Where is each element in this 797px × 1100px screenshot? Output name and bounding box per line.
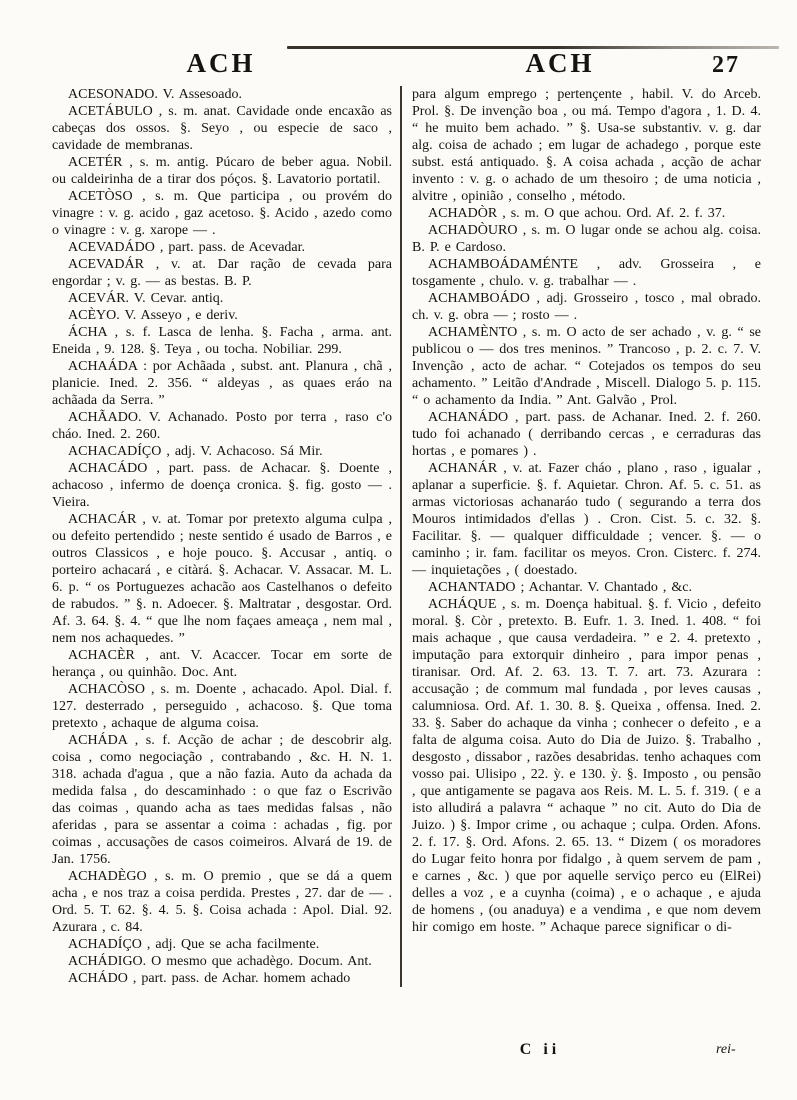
dictionary-entry: ACETÉR , s. m. antig. Púcaro de beber ag… xyxy=(52,154,392,188)
dictionary-entry: ACHÁQUE , s. m. Doença habitual. §. f. V… xyxy=(412,596,761,936)
dictionary-entry: ACESONADO. V. Assesoado. xyxy=(52,86,392,103)
dictionary-entry: ACHÃADO. V. Achanado. Posto por terra , … xyxy=(52,409,392,443)
column-right: para algum emprego ; pertençente , habil… xyxy=(400,86,761,987)
dictionary-entry: ACHADÈGO , s. m. O premio , que se dá a … xyxy=(52,868,392,936)
dictionary-entry: ACHACÈR , ant. V. Acaccer. Tocar em sort… xyxy=(52,647,392,681)
dictionary-entry: ACHANÁDO , part. pass. de Achanar. Ined.… xyxy=(412,409,761,460)
dictionary-entry: ACHACÁDO , part. pass. de Achacar. §. Do… xyxy=(52,460,392,511)
text-columns: ACESONADO. V. Assesoado.ACETÁBULO , s. m… xyxy=(52,86,761,987)
dictionary-entry: ACHAMBOÁDAMÉNTE , adv. Grosseira , e tos… xyxy=(412,256,761,290)
dictionary-entry: ACÈYO. V. Asseyo , e deriv. xyxy=(52,307,392,324)
running-head-right: ACH xyxy=(470,48,650,79)
dictionary-entry: ACHADÒURO , s. m. O lugar onde se achou … xyxy=(412,222,761,256)
dictionary-entry: ACEVADÁDO , part. pass. de Acevadar. xyxy=(52,239,392,256)
dictionary-entry: ACHAÁDA : por Achãada , subst. ant. Plan… xyxy=(52,358,392,409)
dictionary-entry: ACEVÁR. V. Cevar. antiq. xyxy=(52,290,392,307)
dictionary-entry: ACHÁDA , s. f. Acção de achar ; de desco… xyxy=(52,732,392,868)
dictionary-entry: ACHANTADO ; Achantar. V. Chantado , &c. xyxy=(412,579,761,596)
catchword: rei- xyxy=(716,1042,736,1058)
dictionary-entry: ACHAMÈNTO , s. m. O acto de ser achado ,… xyxy=(412,324,761,409)
dictionary-entry: ACETÒSO , s. m. Que participa , ou prové… xyxy=(52,188,392,239)
dictionary-entry: ACHAMBOÁDO , adj. Grosseiro , tosco , ma… xyxy=(412,290,761,324)
dictionary-entry: ACHÁDIGO. O mesmo que achadègo. Docum. A… xyxy=(52,953,392,970)
page-number: 27 xyxy=(712,52,740,79)
running-head-left: ACH xyxy=(52,48,390,79)
dictionary-entry: para algum emprego ; pertençente , habil… xyxy=(412,86,761,205)
dictionary-entry: ACHÁDO , part. pass. de Achar. homem ach… xyxy=(52,970,392,987)
dictionary-entry: ACHADÒR , s. m. O que achou. Ord. Af. 2.… xyxy=(412,205,761,222)
dictionary-entry: ACHADÍÇO , adj. Que se acha facilmente. xyxy=(52,936,392,953)
signature-mark: C ii xyxy=(430,1041,650,1059)
column-left: ACESONADO. V. Assesoado.ACETÁBULO , s. m… xyxy=(52,86,400,987)
dictionary-entry: ÁCHA , s. f. Lasca de lenha. §. Facha , … xyxy=(52,324,392,358)
dictionary-entry: ACEVADÁR , v. at. Dar ração de cevada pa… xyxy=(52,256,392,290)
dictionary-entry: ACHACADÍÇO , adj. V. Achacoso. Sá Mir. xyxy=(52,443,392,460)
dictionary-entry: ACHANÁR , v. at. Fazer cháo , plano , ra… xyxy=(412,460,761,579)
dictionary-page-scan: ACH ACH 27 ACESONADO. V. Assesoado.ACETÁ… xyxy=(0,0,797,1100)
dictionary-entry: ACHACÒSO , s. m. Doente , achacado. Apol… xyxy=(52,681,392,732)
dictionary-entry: ACETÁBULO , s. m. anat. Cavidade onde en… xyxy=(52,103,392,154)
dictionary-entry: ACHACÁR , v. at. Tomar por pretexto algu… xyxy=(52,511,392,647)
